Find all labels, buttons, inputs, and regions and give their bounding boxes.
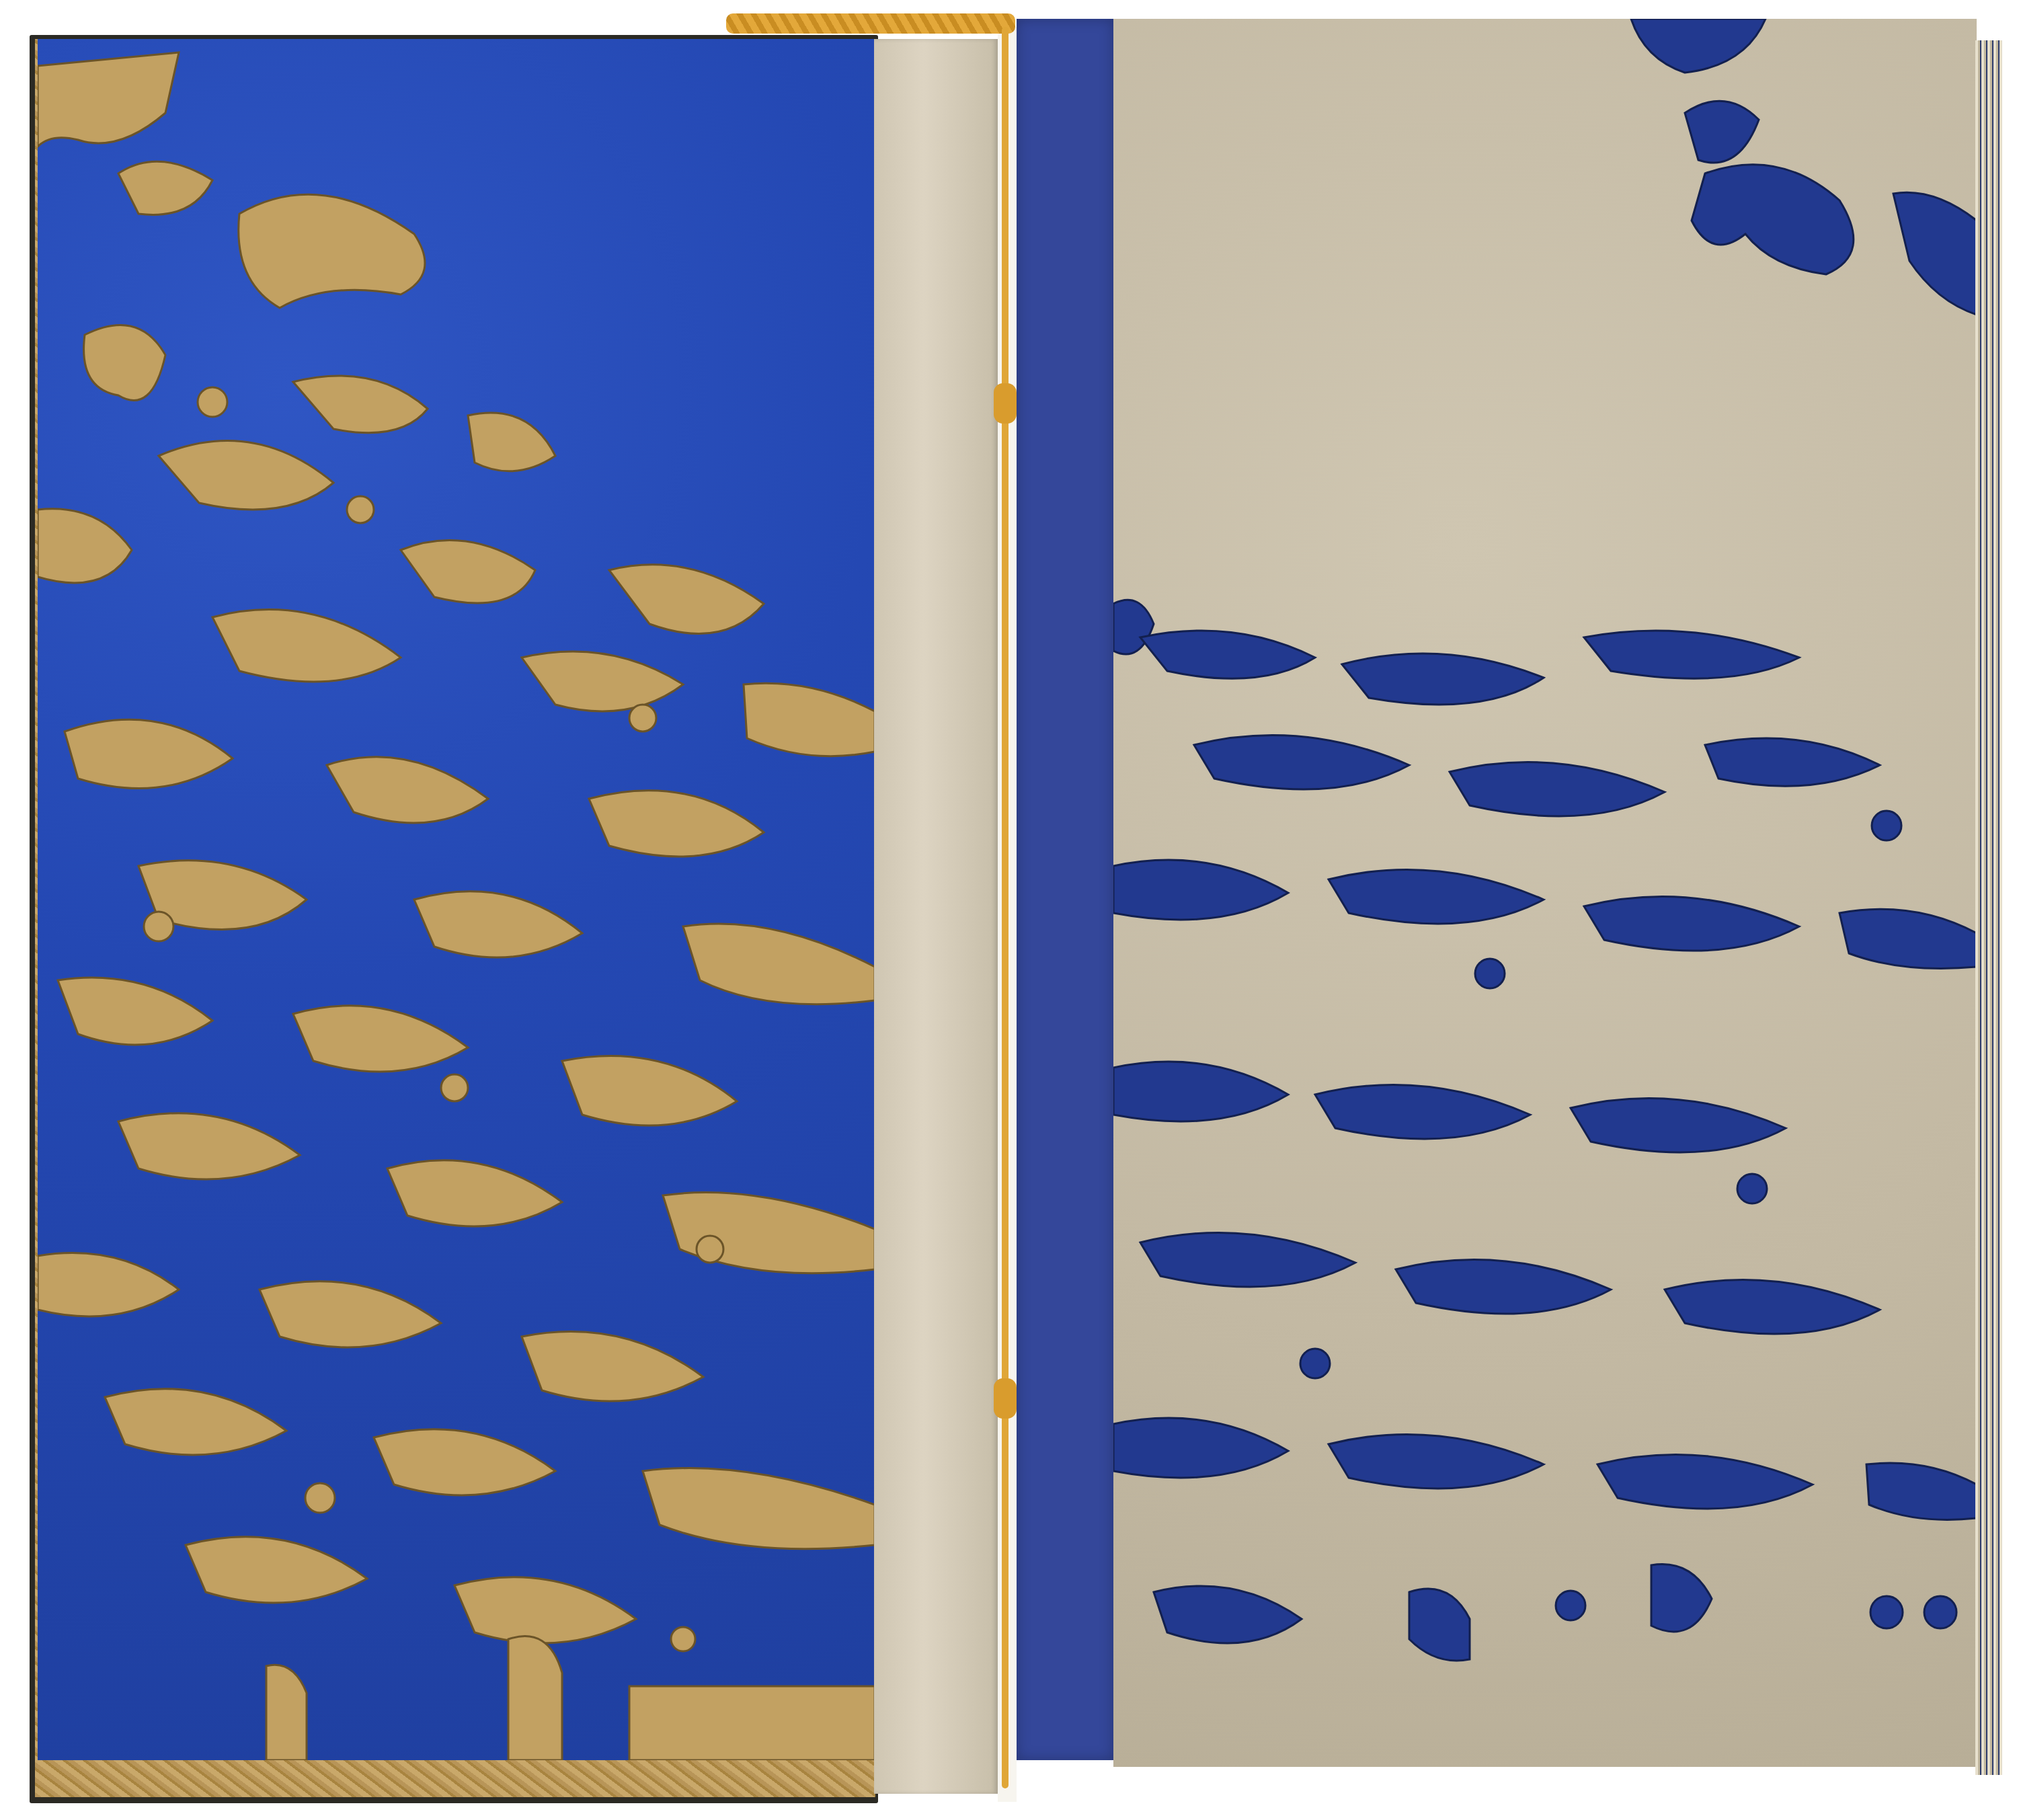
right-page-edges bbox=[1975, 40, 2002, 1775]
calligraphy-cutouts-left bbox=[38, 39, 875, 1760]
left-page-blue-cutout bbox=[38, 39, 875, 1760]
left-hinge-paper-strip bbox=[874, 39, 998, 1794]
binding-knot-lower bbox=[994, 1378, 1017, 1419]
binding-thread bbox=[1002, 27, 1008, 1788]
calligraphy-cutouts-right bbox=[1113, 19, 1977, 1767]
blue-spine-strip bbox=[1017, 19, 1113, 1760]
binding-thread-top bbox=[726, 13, 1015, 34]
right-page-cream-cutout bbox=[1113, 19, 1977, 1767]
binding-knot-upper bbox=[994, 383, 1017, 424]
